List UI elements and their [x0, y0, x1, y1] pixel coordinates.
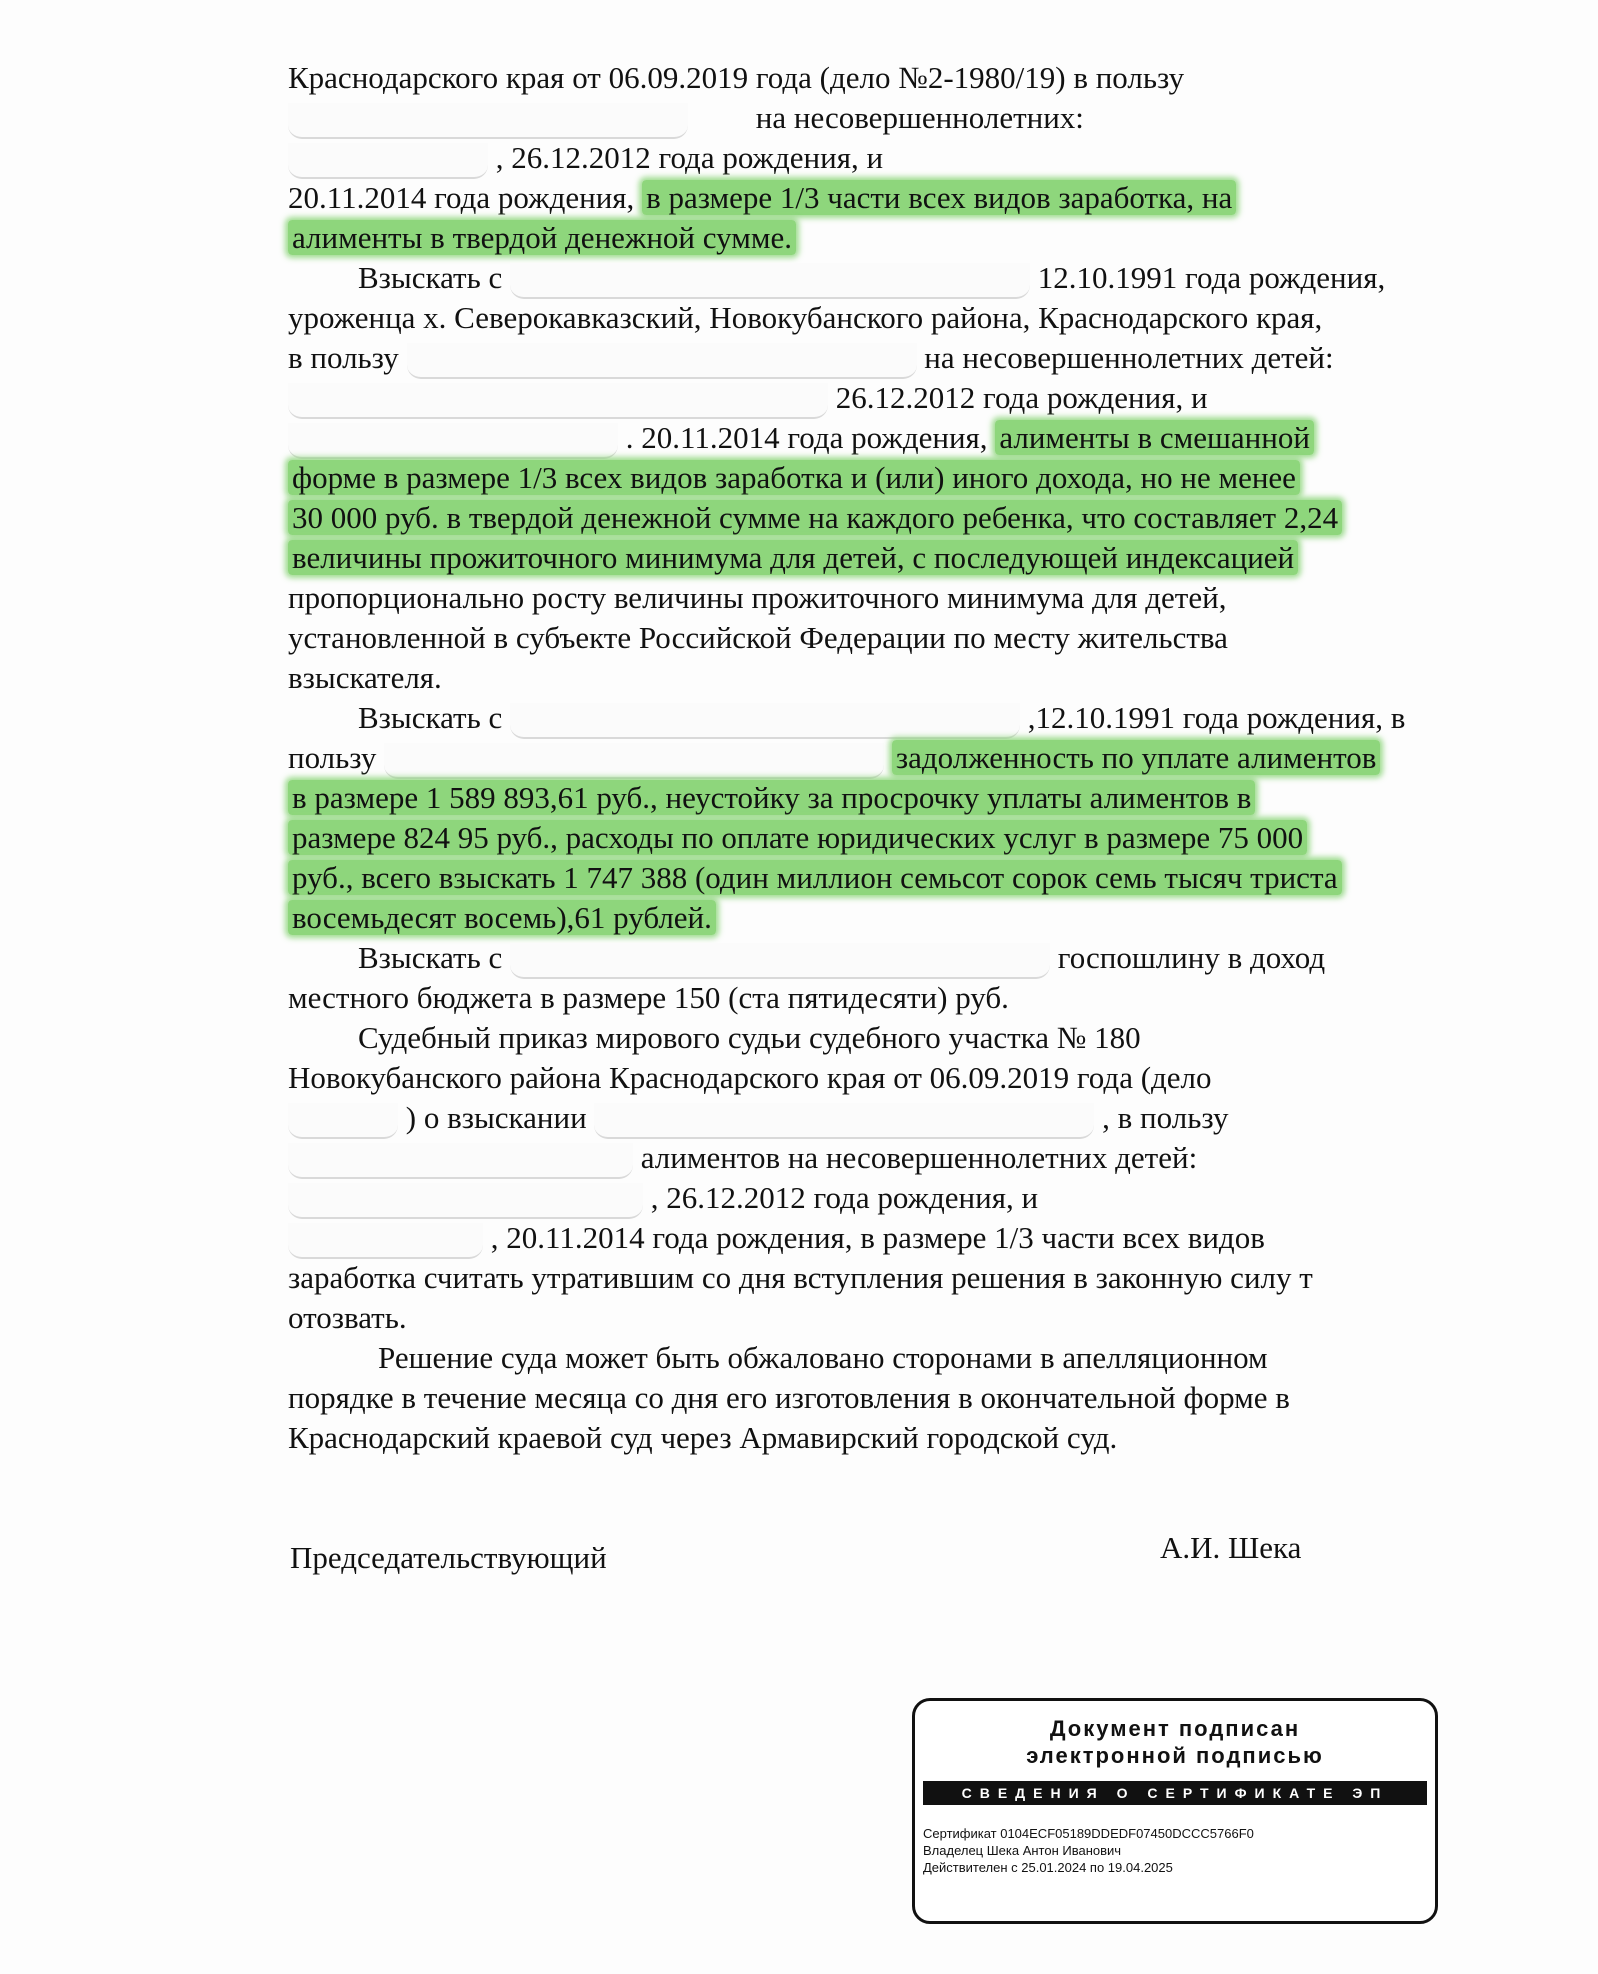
text-line: форме в размере 1/3 всех видов заработка…	[288, 458, 1448, 498]
stamp-certificate-bar: СВЕДЕНИЯ О СЕРТИФИКАТЕ ЭП	[923, 1781, 1427, 1805]
text-span: на несовершеннолетних:	[756, 100, 1084, 135]
text-line: заработка считать утратившим со дня всту…	[288, 1258, 1448, 1298]
text-line: уроженца х. Северокавказский, Новокубанс…	[288, 298, 1448, 338]
stamp-validity: Действителен с 25.01.2024 по 19.04.2025	[923, 1859, 1435, 1876]
text-line: на несовершеннолетних:	[288, 98, 1448, 139]
signature-role: Председательствующий	[290, 1540, 607, 1576]
text-span: . 20.11.2014 года рождения,	[626, 420, 988, 455]
text-span: Взыскать с	[358, 700, 502, 735]
stamp-owner: Владелец Шека Антон Иванович	[923, 1842, 1435, 1859]
text-span: Новокубанского района Краснодарского кра…	[288, 1060, 1212, 1095]
text-line: порядке в течение месяца со дня его изго…	[288, 1378, 1448, 1418]
text-line: размере 824 95 руб., расходы по оплате ю…	[288, 818, 1448, 858]
text-line: отозвать.	[288, 1298, 1448, 1338]
text-span: Краснодарского края от 06.09.2019 года (…	[288, 60, 1184, 95]
text-span: Взыскать с	[358, 260, 502, 295]
text-line: Взыскать с 12.10.1991 года рождения,	[288, 258, 1518, 299]
text-line: , 20.11.2014 года рождения, в размере 1/…	[288, 1218, 1448, 1259]
text-line: установленной в субъекте Российской Феде…	[288, 618, 1448, 658]
highlighted-text: форме в размере 1/3 всех видов заработка…	[288, 460, 1300, 495]
text-span: , 20.11.2014 года рождения, в размере 1/…	[491, 1220, 1265, 1255]
redaction	[594, 1103, 1094, 1139]
text-span: пользу	[288, 740, 376, 775]
text-line: Новокубанского района Краснодарского кра…	[288, 1058, 1448, 1098]
highlighted-text: размере 824 95 руб., расходы по оплате ю…	[288, 820, 1307, 855]
text-line: Взыскать с госпошлину в доход	[288, 938, 1518, 979]
text-line: Краснодарского края от 06.09.2019 года (…	[288, 58, 1448, 98]
redaction	[288, 1103, 398, 1139]
text-span: , 26.12.2012 года рождения, и	[651, 1180, 1038, 1215]
text-line: , 26.12.2012 года рождения, и	[288, 138, 1448, 179]
redaction	[384, 743, 884, 779]
highlighted-text: восемьдесят восемь),61 рублей.	[288, 900, 716, 935]
text-span: Взыскать с	[358, 940, 502, 975]
redaction	[510, 943, 1050, 979]
text-line: Решение суда может быть обжаловано сторо…	[288, 1338, 1538, 1378]
text-span: госпошлину в доход	[1058, 940, 1325, 975]
stamp-certificate: Сертификат 0104ECF05189DDEDF07450DCCC576…	[923, 1825, 1435, 1842]
text-line: . 20.11.2014 года рождения, алименты в с…	[288, 418, 1448, 459]
text-span: 20.11.2014 года рождения,	[288, 180, 634, 215]
text-span: пропорционально росту величины прожиточн…	[288, 580, 1226, 615]
text-span: порядке в течение месяца со дня его изго…	[288, 1380, 1290, 1415]
document-page: Краснодарского края от 06.09.2019 года (…	[0, 0, 1598, 1974]
redaction	[288, 383, 828, 419]
highlighted-text: величины прожиточного минимума для детей…	[288, 540, 1298, 575]
text-span: отозвать.	[288, 1300, 407, 1335]
highlighted-text: в размере 1 589 893,61 руб., неустойку з…	[288, 780, 1255, 815]
text-span: алиментов на несовершеннолетних детей:	[641, 1140, 1197, 1175]
text-line: взыскателя.	[288, 658, 1448, 698]
text-line: , 26.12.2012 года рождения, и	[288, 1178, 1448, 1219]
text-span: , в пользу	[1102, 1100, 1228, 1135]
stamp-title-line2: электронной подписью	[915, 1742, 1435, 1769]
text-line: Судебный приказ мирового судьи судебного…	[288, 1018, 1518, 1058]
text-line: Взыскать с ,12.10.1991 года рождения, в	[288, 698, 1518, 739]
text-span: ) о взыскании	[406, 1100, 587, 1135]
text-span: ,12.10.1991 года рождения, в	[1028, 700, 1406, 735]
text-line: 26.12.2012 года рождения, и	[288, 378, 1448, 419]
text-line: 30 000 руб. в твердой денежной сумме на …	[288, 498, 1448, 538]
stamp-title-line1: Документ подписан	[915, 1715, 1435, 1742]
electronic-signature-stamp: Документ подписан электронной подписью С…	[912, 1698, 1438, 1924]
text-span: 26.12.2012 года рождения, и	[836, 380, 1208, 415]
text-line: пользу задолженность по уплате алиментов	[288, 738, 1448, 779]
redaction	[288, 423, 618, 459]
text-span: Краснодарский краевой суд через Армавирс…	[288, 1420, 1117, 1455]
text-line: 20.11.2014 года рождения, в размере 1/3 …	[288, 178, 1448, 218]
highlighted-text: алименты в твердой денежной сумме.	[288, 220, 796, 255]
text-line: ) о взыскании , в пользу	[288, 1098, 1448, 1139]
text-span: 12.10.1991 года рождения,	[1038, 260, 1385, 295]
text-span: на несовершеннолетних детей:	[924, 340, 1333, 375]
highlighted-text: задолженность по уплате алиментов	[892, 740, 1381, 775]
text-span: взыскателя.	[288, 660, 442, 695]
text-line: местного бюджета в размере 150 (ста пяти…	[288, 978, 1448, 1018]
redaction	[407, 343, 917, 379]
text-line: в пользу на несовершеннолетних детей:	[288, 338, 1448, 379]
text-span: , 26.12.2012 года рождения, и	[496, 140, 883, 175]
text-line: Краснодарский краевой суд через Армавирс…	[288, 1418, 1448, 1458]
text-span: Решение суда может быть обжаловано сторо…	[378, 1340, 1268, 1375]
text-line: руб., всего взыскать 1 747 388 (один мил…	[288, 858, 1448, 898]
redaction	[288, 1223, 483, 1259]
signature-name: А.И. Шека	[1160, 1530, 1301, 1566]
text-span: в пользу	[288, 340, 399, 375]
text-span: уроженца х. Северокавказский, Новокубанс…	[288, 300, 1322, 335]
redaction	[288, 143, 488, 179]
redaction	[510, 703, 1020, 739]
text-line: в размере 1 589 893,61 руб., неустойку з…	[288, 778, 1448, 818]
text-line: пропорционально росту величины прожиточн…	[288, 578, 1448, 618]
redaction	[510, 263, 1030, 299]
highlighted-text: руб., всего взыскать 1 747 388 (один мил…	[288, 860, 1342, 895]
text-span: местного бюджета в размере 150 (ста пяти…	[288, 980, 1009, 1015]
highlighted-text: в размере 1/3 части всех видов заработка…	[642, 180, 1236, 215]
redaction	[288, 103, 688, 139]
text-line: восемьдесят восемь),61 рублей.	[288, 898, 1448, 938]
redaction	[288, 1143, 633, 1179]
redaction	[288, 1183, 643, 1219]
text-span: Судебный приказ мирового судьи судебного…	[358, 1020, 1141, 1055]
text-line: алименты в твердой денежной сумме.	[288, 218, 1448, 258]
highlighted-text: алименты в смешанной	[995, 420, 1314, 455]
highlighted-text: 30 000 руб. в твердой денежной сумме на …	[288, 500, 1342, 535]
text-line: алиментов на несовершеннолетних детей:	[288, 1138, 1448, 1179]
text-span: установленной в субъекте Российской Феде…	[288, 620, 1228, 655]
text-line: величины прожиточного минимума для детей…	[288, 538, 1448, 578]
text-span: заработка считать утратившим со дня всту…	[288, 1260, 1313, 1295]
